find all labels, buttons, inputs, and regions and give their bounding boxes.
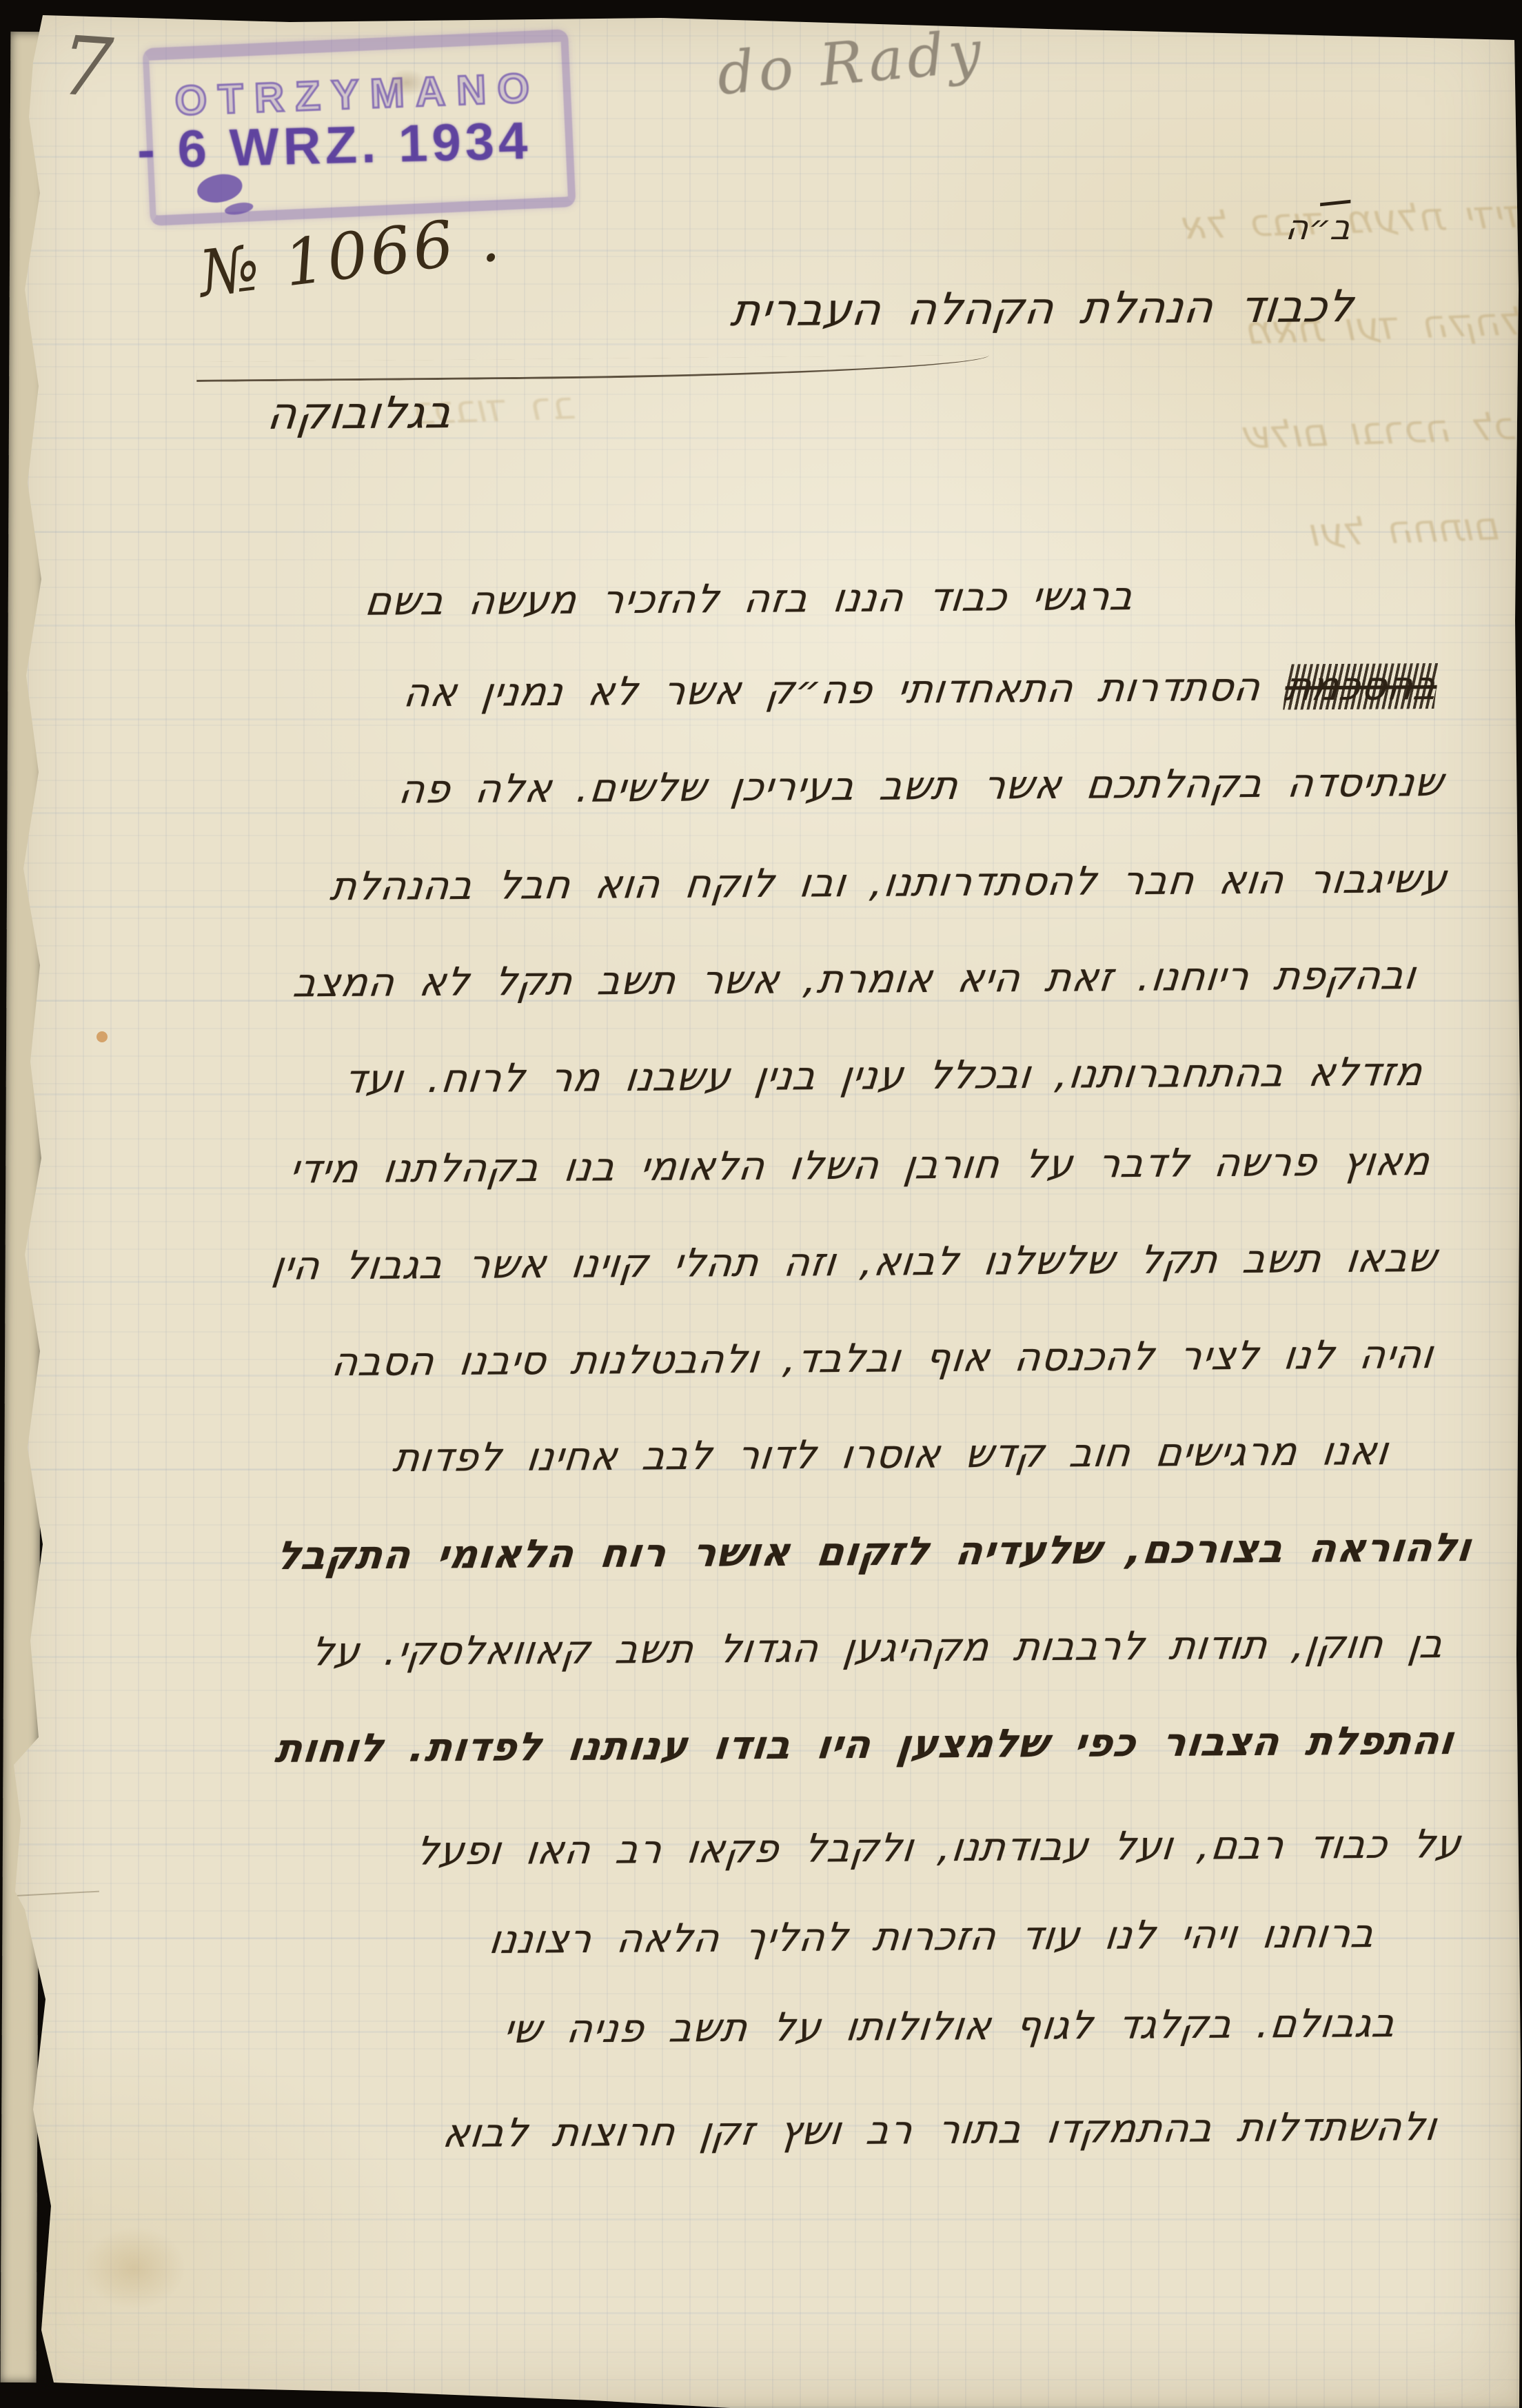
pencil-routing-note: do Rady	[714, 17, 988, 108]
ink-bleedthrough-fragment: אל כבוד מעלת ידידנו	[1182, 191, 1522, 249]
body-line-text: הסתדרות התאחדותי פה״ק אשר לא נמנין אה	[401, 665, 1263, 716]
received-date-stamp: OTRZYMANO - 6 WRZ. 1934	[142, 29, 576, 226]
heading-underline	[196, 355, 989, 382]
body-line: שנתיסדה בקהלתכם אשר תשב בעיריכן שלשים. א…	[396, 760, 1446, 813]
bh-mark: ב״ה	[1284, 201, 1354, 247]
bh-overbar	[1320, 200, 1350, 207]
letter-paper-sheet: אל כבוד מעלת ידידנו מאת ועד הקהלה שלום ו…	[0, 0, 1522, 2408]
stamp-date-text: - 6 WRZ. 1934	[136, 111, 532, 181]
body-line: מאוץ פרשה לדבר על חורבן השלו הלאומי בנו …	[287, 1139, 1432, 1193]
body-line: ברגשי כבוד הננו בזה להזכיר מעשה בשם	[363, 574, 1136, 625]
body-line: ובהקפת ריוחנו. זאת היא אומרת, אשר תשב תק…	[291, 953, 1419, 1006]
body-line: ואנו מרגישים חוב קדש אוסרו לדור לבב אחינ…	[391, 1428, 1391, 1481]
bh-text: ב״ה	[1284, 208, 1353, 247]
ink-bleedthrough-fragment: ועל החתום	[1310, 504, 1502, 556]
body-line: עשיגבור הוא חבר להסתדרותנו, ובו לוקח הוא…	[328, 856, 1450, 909]
paper-crease	[10, 1891, 99, 1897]
heading-addressee: לכבוד הנהלת הקהלה העברית	[729, 281, 1357, 336]
heading-town: בגלובוקה	[265, 387, 455, 440]
body-line: ולהשתדלות בהתמקדו בתור רב ושץ זקן חרוצות…	[440, 2104, 1439, 2156]
body-line: שבאו תשב תקל שלשלנו לבוא, וזה תהלי קוינו…	[270, 1235, 1439, 1289]
body-line: ולהוראה בצורכם, שלעדיה לזקום אושר רוח הל…	[274, 1525, 1474, 1579]
body-line: ברוחנו ויהי לנו עוד הזכרות להליך הלאה רצ…	[487, 1911, 1377, 1963]
body-line: והתפלת הצבור כפי שלמצען היו בודו ענותנו …	[273, 1718, 1457, 1772]
body-line: על כבוד רבם, ועל עבודתנו, ולקבל פקאו רב …	[414, 1821, 1463, 1874]
paper-stain	[83, 2227, 186, 2309]
body-line: בן חוקן, תודות לרבבות מקהיגען הגדול תשב …	[309, 1621, 1446, 1675]
ink-bleedthrough-fragment: שלום וברכה לכם	[1244, 403, 1522, 458]
struck-word: בהסכמת	[1283, 663, 1439, 710]
scanned-letter-page: אל כבוד מעלת ידידנו מאת ועד הקהלה שלום ו…	[0, 0, 1522, 2408]
body-line: והיה לנו לציר להכנסה אוף ובלבד, ולהבטלנו…	[329, 1332, 1436, 1385]
body-line: מזדלא בהתחברותנו, ובכלל ענין בנין עשבנו …	[342, 1049, 1425, 1102]
paper-stain	[97, 1031, 108, 1042]
body-line: בגבולם. בקלגד לגוף אולולותו על תשב פניה …	[501, 2001, 1398, 2052]
pencil-page-number: 7	[57, 18, 116, 117]
body-line: בהסכמת הסתדרות התאחדותי פה״ק אשר לא נמני…	[401, 663, 1439, 716]
